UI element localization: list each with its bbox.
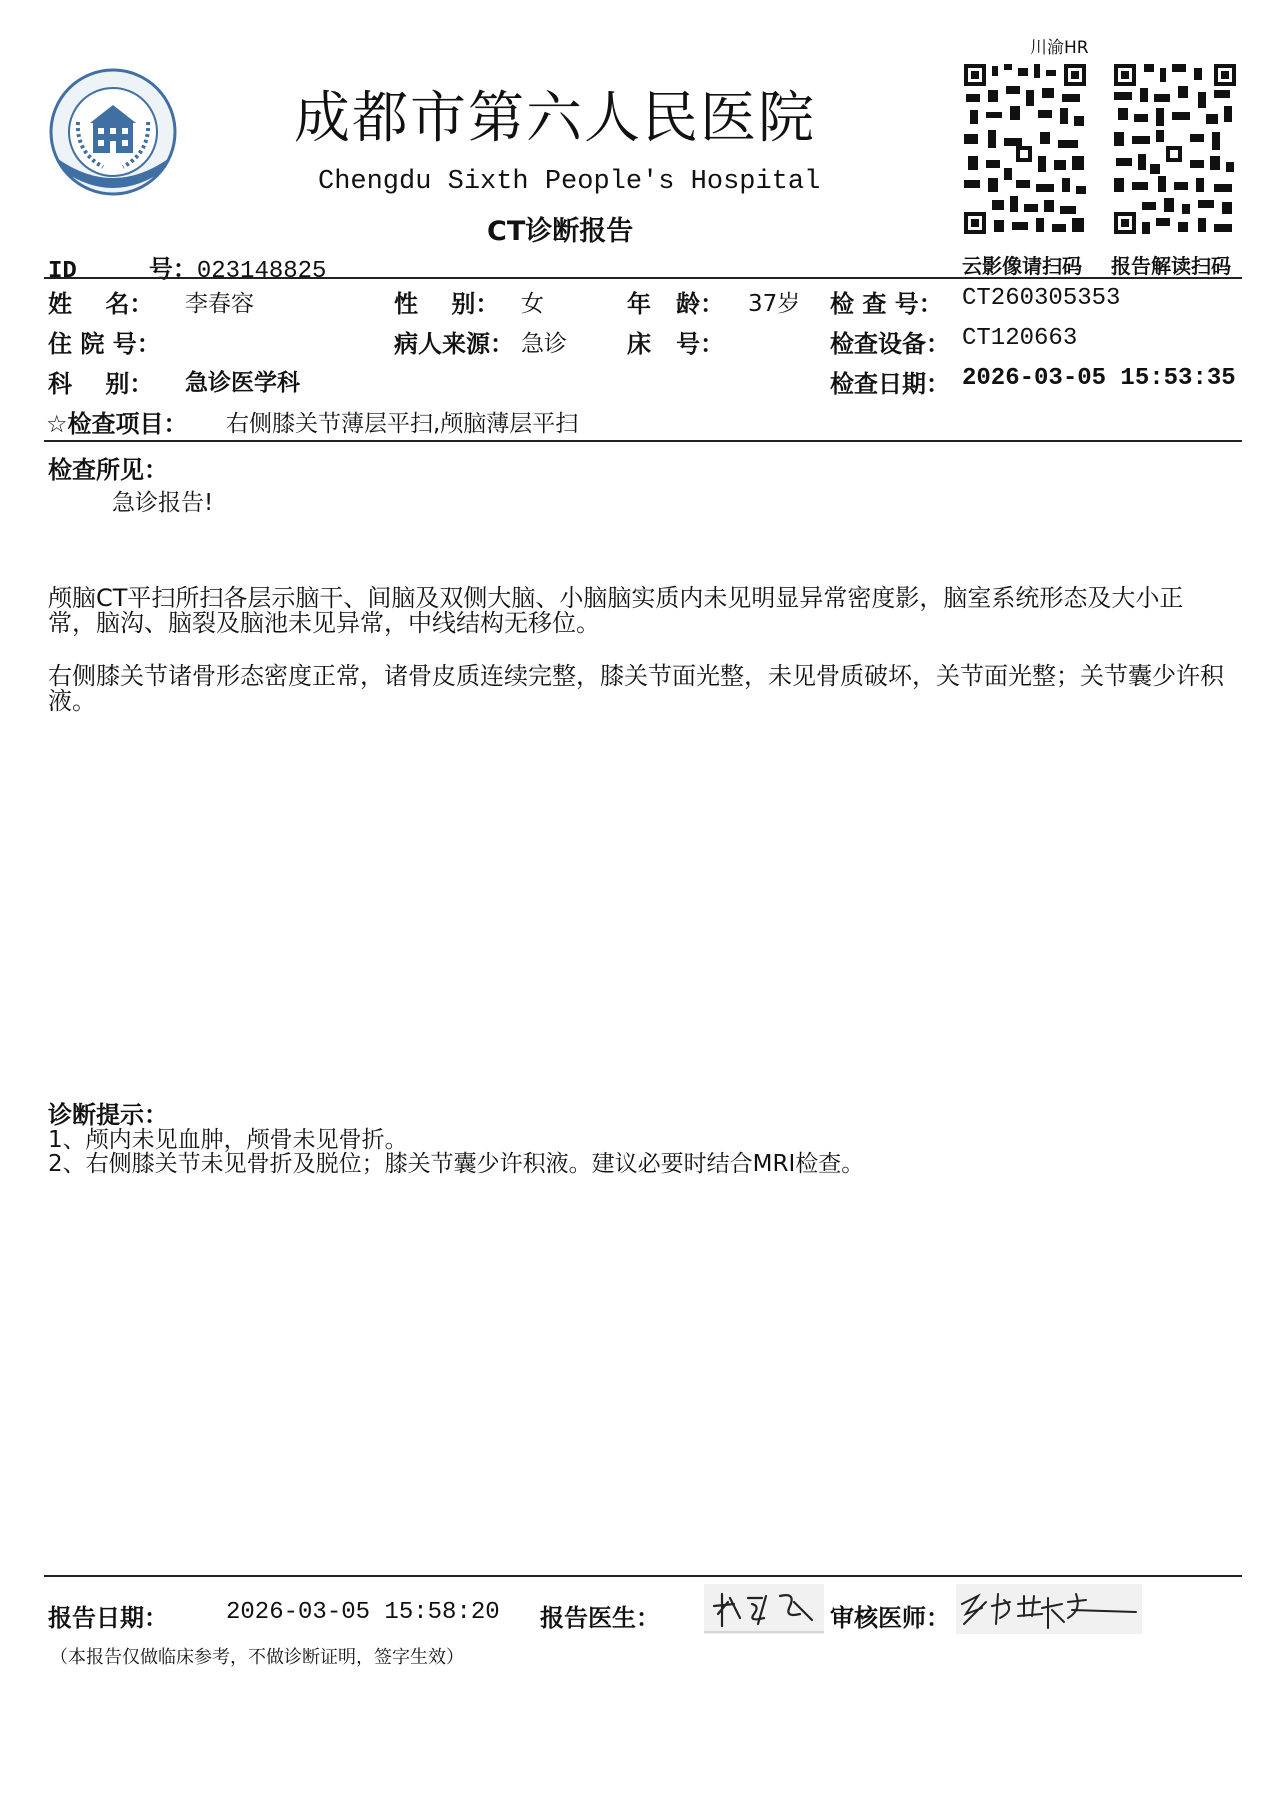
report-date-value: 2026-03-05 15:58:20	[226, 1599, 500, 1626]
findings-paragraph-brain: 颅脑CT平扫所扫各层示脑干、间脑及双侧大脑、小脑脑实质内未见明显异常密度影，脑室…	[48, 586, 1228, 636]
qr-code-report-interpretation[interactable]	[1110, 60, 1240, 238]
patient-id-label: ID	[48, 258, 149, 285]
bed-no-label: 床 号：	[627, 324, 724, 359]
gender-label: 性 别：	[394, 284, 499, 319]
exam-items-value: 右侧膝关节薄层平扫,颅脑薄层平扫	[226, 405, 578, 438]
diagnosis-item-2: 2、右侧膝关节未见骨折及脱位；膝关节囊少许积液。建议必要时结合MRI检查。	[48, 1152, 864, 1177]
name-value: 李春容	[185, 285, 254, 318]
department-label: 科 别：	[48, 364, 153, 399]
exam-no-label: 检 查 号：	[830, 284, 943, 319]
patient-source-value: 急诊	[521, 325, 567, 358]
qr-code-cloud-imaging[interactable]	[960, 60, 1090, 238]
device-value: CT120663	[962, 325, 1077, 352]
qr-label-cloud-imaging: 云影像请扫码	[962, 250, 1082, 279]
inpatient-no-label: 住 院 号：	[48, 324, 161, 359]
age-label: 年 龄：	[627, 284, 724, 319]
findings-note: 急诊报告!	[112, 484, 213, 517]
reporting-doctor-label: 报告医生：	[540, 1598, 660, 1633]
findings-paragraph-knee: 右侧膝关节诸骨形态密度正常，诸骨皮质连续完整，膝关节面光整，未见骨质破坏，关节面…	[48, 664, 1228, 714]
hospital-name-en: Chengdu Sixth People's Hospital	[318, 167, 820, 197]
name-label: 姓 名：	[48, 284, 153, 319]
hospital-name-cn: 成都市第六人民医院	[294, 74, 816, 154]
reporting-doctor-signature	[704, 1584, 824, 1634]
hospital-seal-icon	[48, 67, 178, 197]
footer-divider	[44, 1575, 1242, 1577]
header-divider	[44, 277, 1242, 279]
qr-code-icon	[960, 60, 1090, 238]
patient-info-divider	[44, 440, 1242, 442]
exam-date-label: 检查日期：	[830, 364, 950, 399]
qr-label-report-interpretation: 报告解读扫码	[1111, 250, 1231, 279]
exam-date-value: 2026-03-05 15:53:35	[962, 365, 1236, 392]
findings-title: 检查所见：	[48, 450, 168, 485]
gender-value: 女	[521, 285, 544, 318]
qr-code-icon	[1110, 60, 1240, 238]
device-label: 检查设备：	[830, 324, 950, 359]
reviewing-doctor-signature	[956, 1584, 1142, 1634]
diagnosis-title: 诊断提示：	[48, 1095, 168, 1130]
reviewing-doctor-label: 审核医师：	[830, 1598, 950, 1633]
patient-id-field: ID 号：023148825	[48, 249, 326, 285]
department-value: 急诊医学科	[185, 364, 300, 397]
report-date-label: 报告日期：	[48, 1598, 168, 1633]
exam-items-label: ☆检查项目：	[46, 404, 188, 439]
age-value: 37岁	[748, 285, 800, 318]
diagnosis-item-1: 1、颅内未见血肿，颅骨未见骨折。	[48, 1128, 408, 1153]
disclaimer-text: （本报告仅做临床参考，不做诊断证明，签字生效）	[50, 1643, 464, 1669]
exam-no-value: CT260305353	[962, 285, 1120, 312]
report-title: CT诊断报告	[487, 209, 633, 248]
hospital-logo	[48, 67, 178, 197]
patient-id-value: 023148825	[197, 258, 327, 285]
signature-icon	[956, 1584, 1142, 1634]
signature-icon	[704, 1584, 824, 1634]
patient-source-label: 病人来源：	[394, 324, 514, 359]
watermark-text: 川渝HR	[1030, 33, 1089, 58]
